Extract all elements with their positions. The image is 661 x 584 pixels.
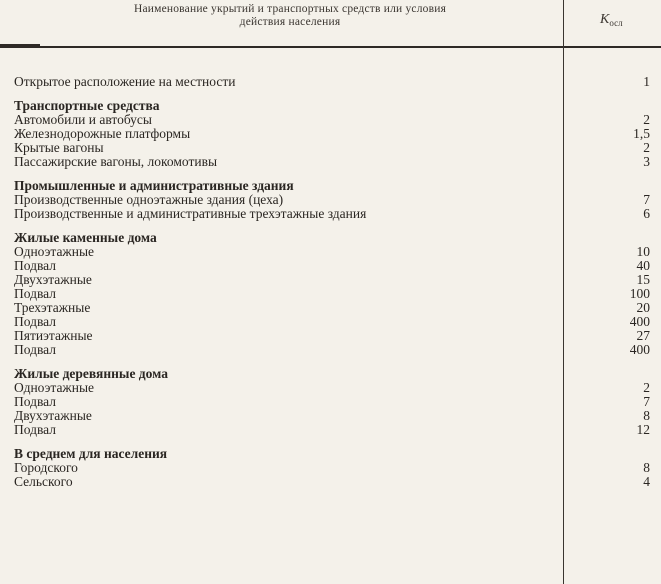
row-value: 400 <box>590 315 650 329</box>
table-row: Сельского4 <box>14 475 654 489</box>
coef-subscript: осл <box>609 18 622 28</box>
row-label: Открытое расположение на местности <box>14 75 235 89</box>
row-label: Подвал <box>14 343 56 357</box>
row-value: 8 <box>590 409 650 423</box>
header-rule <box>0 46 661 48</box>
row-label: Сельского <box>14 475 73 489</box>
row-value: 12 <box>590 423 650 437</box>
row-label: Крытые вагоны <box>14 141 104 155</box>
coef-symbol: K <box>600 12 609 27</box>
table-row: Двухэтажные8 <box>14 409 654 423</box>
row-label: Производственные и административные трех… <box>14 207 366 221</box>
row-value: 27 <box>590 329 650 343</box>
table-row: Двухэтажные15 <box>14 273 654 287</box>
row-value: 400 <box>590 343 650 357</box>
row-label: Подвал <box>14 395 56 409</box>
column-header-name: Наименование укрытий и транспортных сред… <box>30 3 550 29</box>
header-line-1: Наименование укрытий и транспортных сред… <box>30 3 550 16</box>
table-row: Подвал400 <box>14 315 654 329</box>
row-label: Пассажирские вагоны, локомотивы <box>14 155 217 169</box>
table-row: Подвал100 <box>14 287 654 301</box>
row-label: Трехэтажные <box>14 301 90 315</box>
row-label: Одноэтажные <box>14 245 94 259</box>
row-value: 4 <box>590 475 650 489</box>
section-title: Жилые деревянные дома <box>14 367 654 381</box>
table-row: Производственные и административные трех… <box>14 207 654 221</box>
row-value: 6 <box>590 207 650 221</box>
row-value: 1 <box>590 75 650 89</box>
section-title: В среднем для населения <box>14 447 654 461</box>
row-value: 10 <box>590 245 650 259</box>
table-row: Подвал40 <box>14 259 654 273</box>
row-label: Двухэтажные <box>14 273 92 287</box>
row-value: 2 <box>590 141 650 155</box>
table-row: Городского8 <box>14 461 654 475</box>
section-title: Транспортные средства <box>14 99 654 113</box>
table-row: Открытое расположение на местности1 <box>14 75 654 89</box>
row-label: Подвал <box>14 423 56 437</box>
table-row: Трехэтажные20 <box>14 301 654 315</box>
table-row: Одноэтажные2 <box>14 381 654 395</box>
row-value: 1,5 <box>590 127 650 141</box>
column-header-coefficient: Kосл <box>600 12 623 28</box>
table-row: Автомобили и автобусы2 <box>14 113 654 127</box>
header-line-2: действия населения <box>30 16 550 29</box>
table-row: Одноэтажные10 <box>14 245 654 259</box>
row-value: 40 <box>590 259 650 273</box>
table-row: Подвал400 <box>14 343 654 357</box>
table-row: Подвал7 <box>14 395 654 409</box>
row-value: 15 <box>590 273 650 287</box>
table-row: Пассажирские вагоны, локомотивы3 <box>14 155 654 169</box>
row-value: 7 <box>590 395 650 409</box>
document-page: Наименование укрытий и транспортных сред… <box>0 0 661 584</box>
row-value: 20 <box>590 301 650 315</box>
section-title-label: Жилые деревянные дома <box>14 367 168 381</box>
row-label: Железнодорожные платформы <box>14 127 190 141</box>
row-label: Автомобили и автобусы <box>14 113 152 127</box>
row-value: 2 <box>590 381 650 395</box>
row-label: Подвал <box>14 287 56 301</box>
row-label: Подвал <box>14 315 56 329</box>
row-value: 2 <box>590 113 650 127</box>
table-row: Крытые вагоны2 <box>14 141 654 155</box>
table-row: Производственные одноэтажные здания (цех… <box>14 193 654 207</box>
section-title: Жилые каменные дома <box>14 231 654 245</box>
row-label: Производственные одноэтажные здания (цех… <box>14 193 283 207</box>
section-title-label: В среднем для населения <box>14 447 167 461</box>
table-row: Железнодорожные платформы1,5 <box>14 127 654 141</box>
table-row: Подвал12 <box>14 423 654 437</box>
section-title-label: Промышленные и административные здания <box>14 179 294 193</box>
row-label: Двухэтажные <box>14 409 92 423</box>
row-label: Одноэтажные <box>14 381 94 395</box>
row-label: Подвал <box>14 259 56 273</box>
row-value: 100 <box>590 287 650 301</box>
section-title-label: Жилые каменные дома <box>14 231 157 245</box>
table-row: Пятиэтажные27 <box>14 329 654 343</box>
section-title-label: Транспортные средства <box>14 99 160 113</box>
row-value: 7 <box>590 193 650 207</box>
section-title: Промышленные и административные здания <box>14 179 654 193</box>
table-body: Открытое расположение на местности1Транс… <box>14 75 654 489</box>
row-value: 3 <box>590 155 650 169</box>
row-label: Пятиэтажные <box>14 329 93 343</box>
row-label: Городского <box>14 461 78 475</box>
row-value: 8 <box>590 461 650 475</box>
